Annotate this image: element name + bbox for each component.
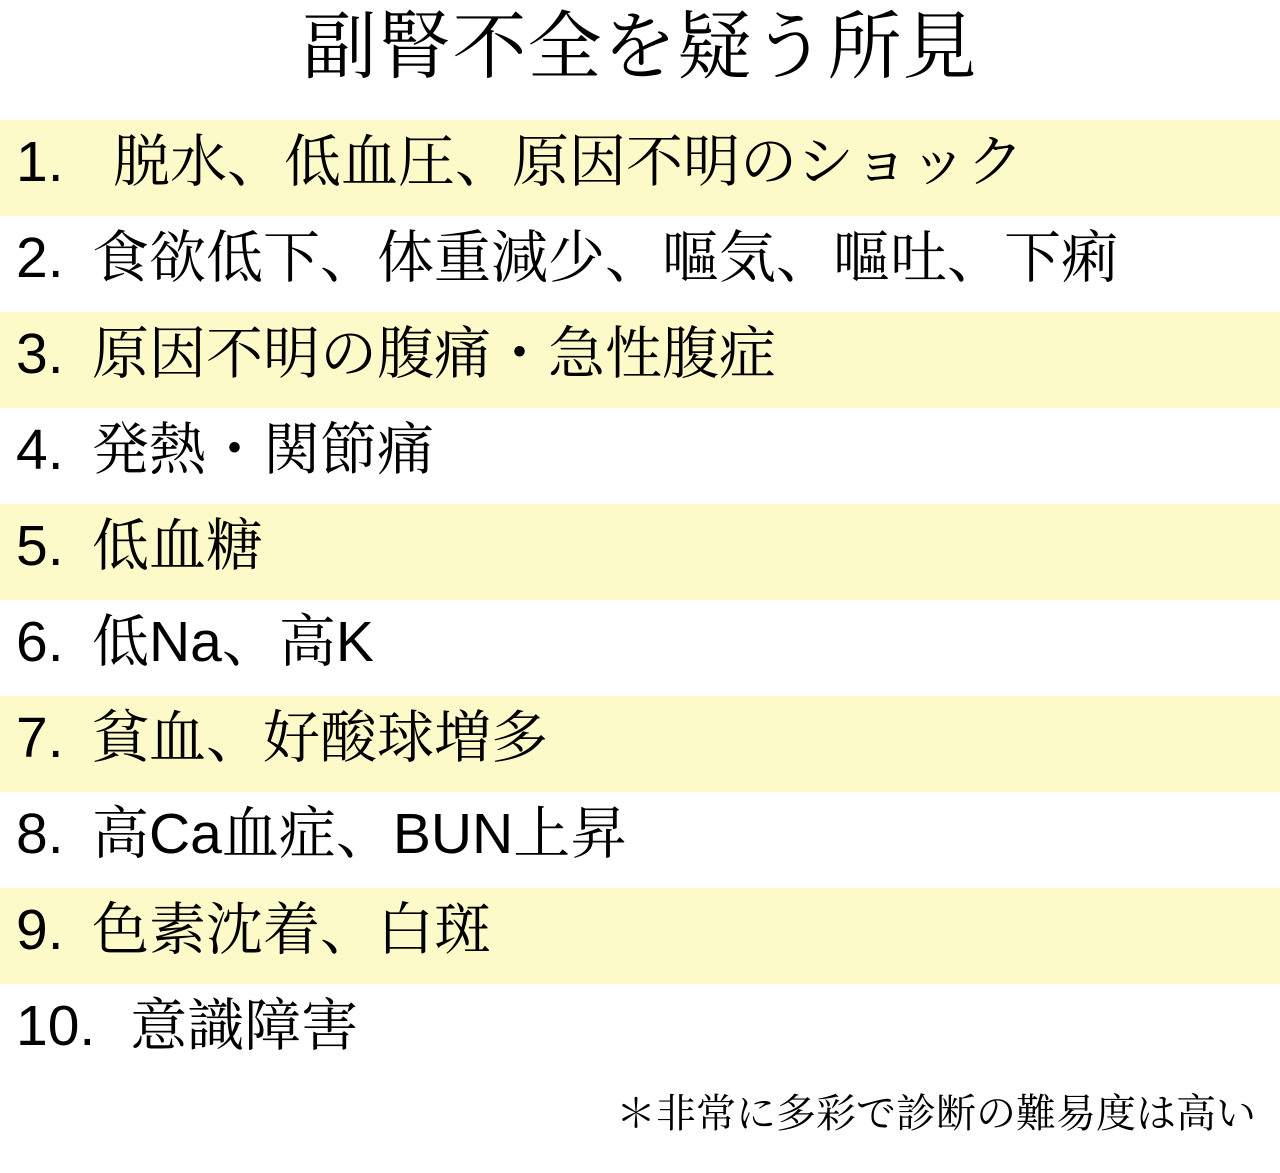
page-title: 副腎不全を疑う所見 [0,0,1280,120]
list-item: 8. 高Ca血症、BUN上昇 [0,792,1280,888]
item-number: 10. [0,994,95,1060]
item-number: 6. [0,610,92,676]
item-number: 7. [0,706,92,772]
item-text: 低血糖 [92,514,263,580]
item-number: 4. [0,418,92,484]
list-item: 4. 発熱・関節痛 [0,408,1280,504]
item-text: 脱水、低血圧、原因不明のショック [113,130,1024,196]
item-number: 5. [0,514,92,580]
list-item: 2. 食欲低下、体重減少、嘔気、嘔吐、下痢 [0,216,1280,312]
list-item: 1. 脱水、低血圧、原因不明のショック [0,120,1280,216]
item-number: 2. [0,226,92,292]
list-item: 10. 意識障害 [0,984,1280,1080]
list-item: 5. 低血糖 [0,504,1280,600]
item-text: 発熱・関節痛 [92,418,434,484]
findings-list: 1. 脱水、低血圧、原因不明のショック 2. 食欲低下、体重減少、嘔気、嘔吐、下… [0,120,1280,1080]
item-text: 低Na、高K [92,610,374,676]
list-item: 6. 低Na、高K [0,600,1280,696]
footnote: ＊非常に多彩で診断の難易度は高い [0,1090,1280,1138]
list-item: 9. 色素沈着、白斑 [0,888,1280,984]
item-text: 貧血、好酸球増多 [92,706,548,772]
item-number: 1. [0,130,92,196]
item-text: 高Ca血症、BUN上昇 [92,802,627,868]
item-text: 原因不明の腹痛・急性腹症 [92,322,776,388]
slide: 副腎不全を疑う所見 1. 脱水、低血圧、原因不明のショック 2. 食欲低下、体重… [0,0,1280,1173]
item-number: 3. [0,322,92,388]
list-item: 3. 原因不明の腹痛・急性腹症 [0,312,1280,408]
item-text: 食欲低下、体重減少、嘔気、嘔吐、下痢 [92,226,1118,292]
item-text: 意識障害 [130,994,358,1060]
list-item: 7. 貧血、好酸球増多 [0,696,1280,792]
item-number: 9. [0,898,92,964]
item-text: 色素沈着、白斑 [92,898,491,964]
item-number: 8. [0,802,92,868]
